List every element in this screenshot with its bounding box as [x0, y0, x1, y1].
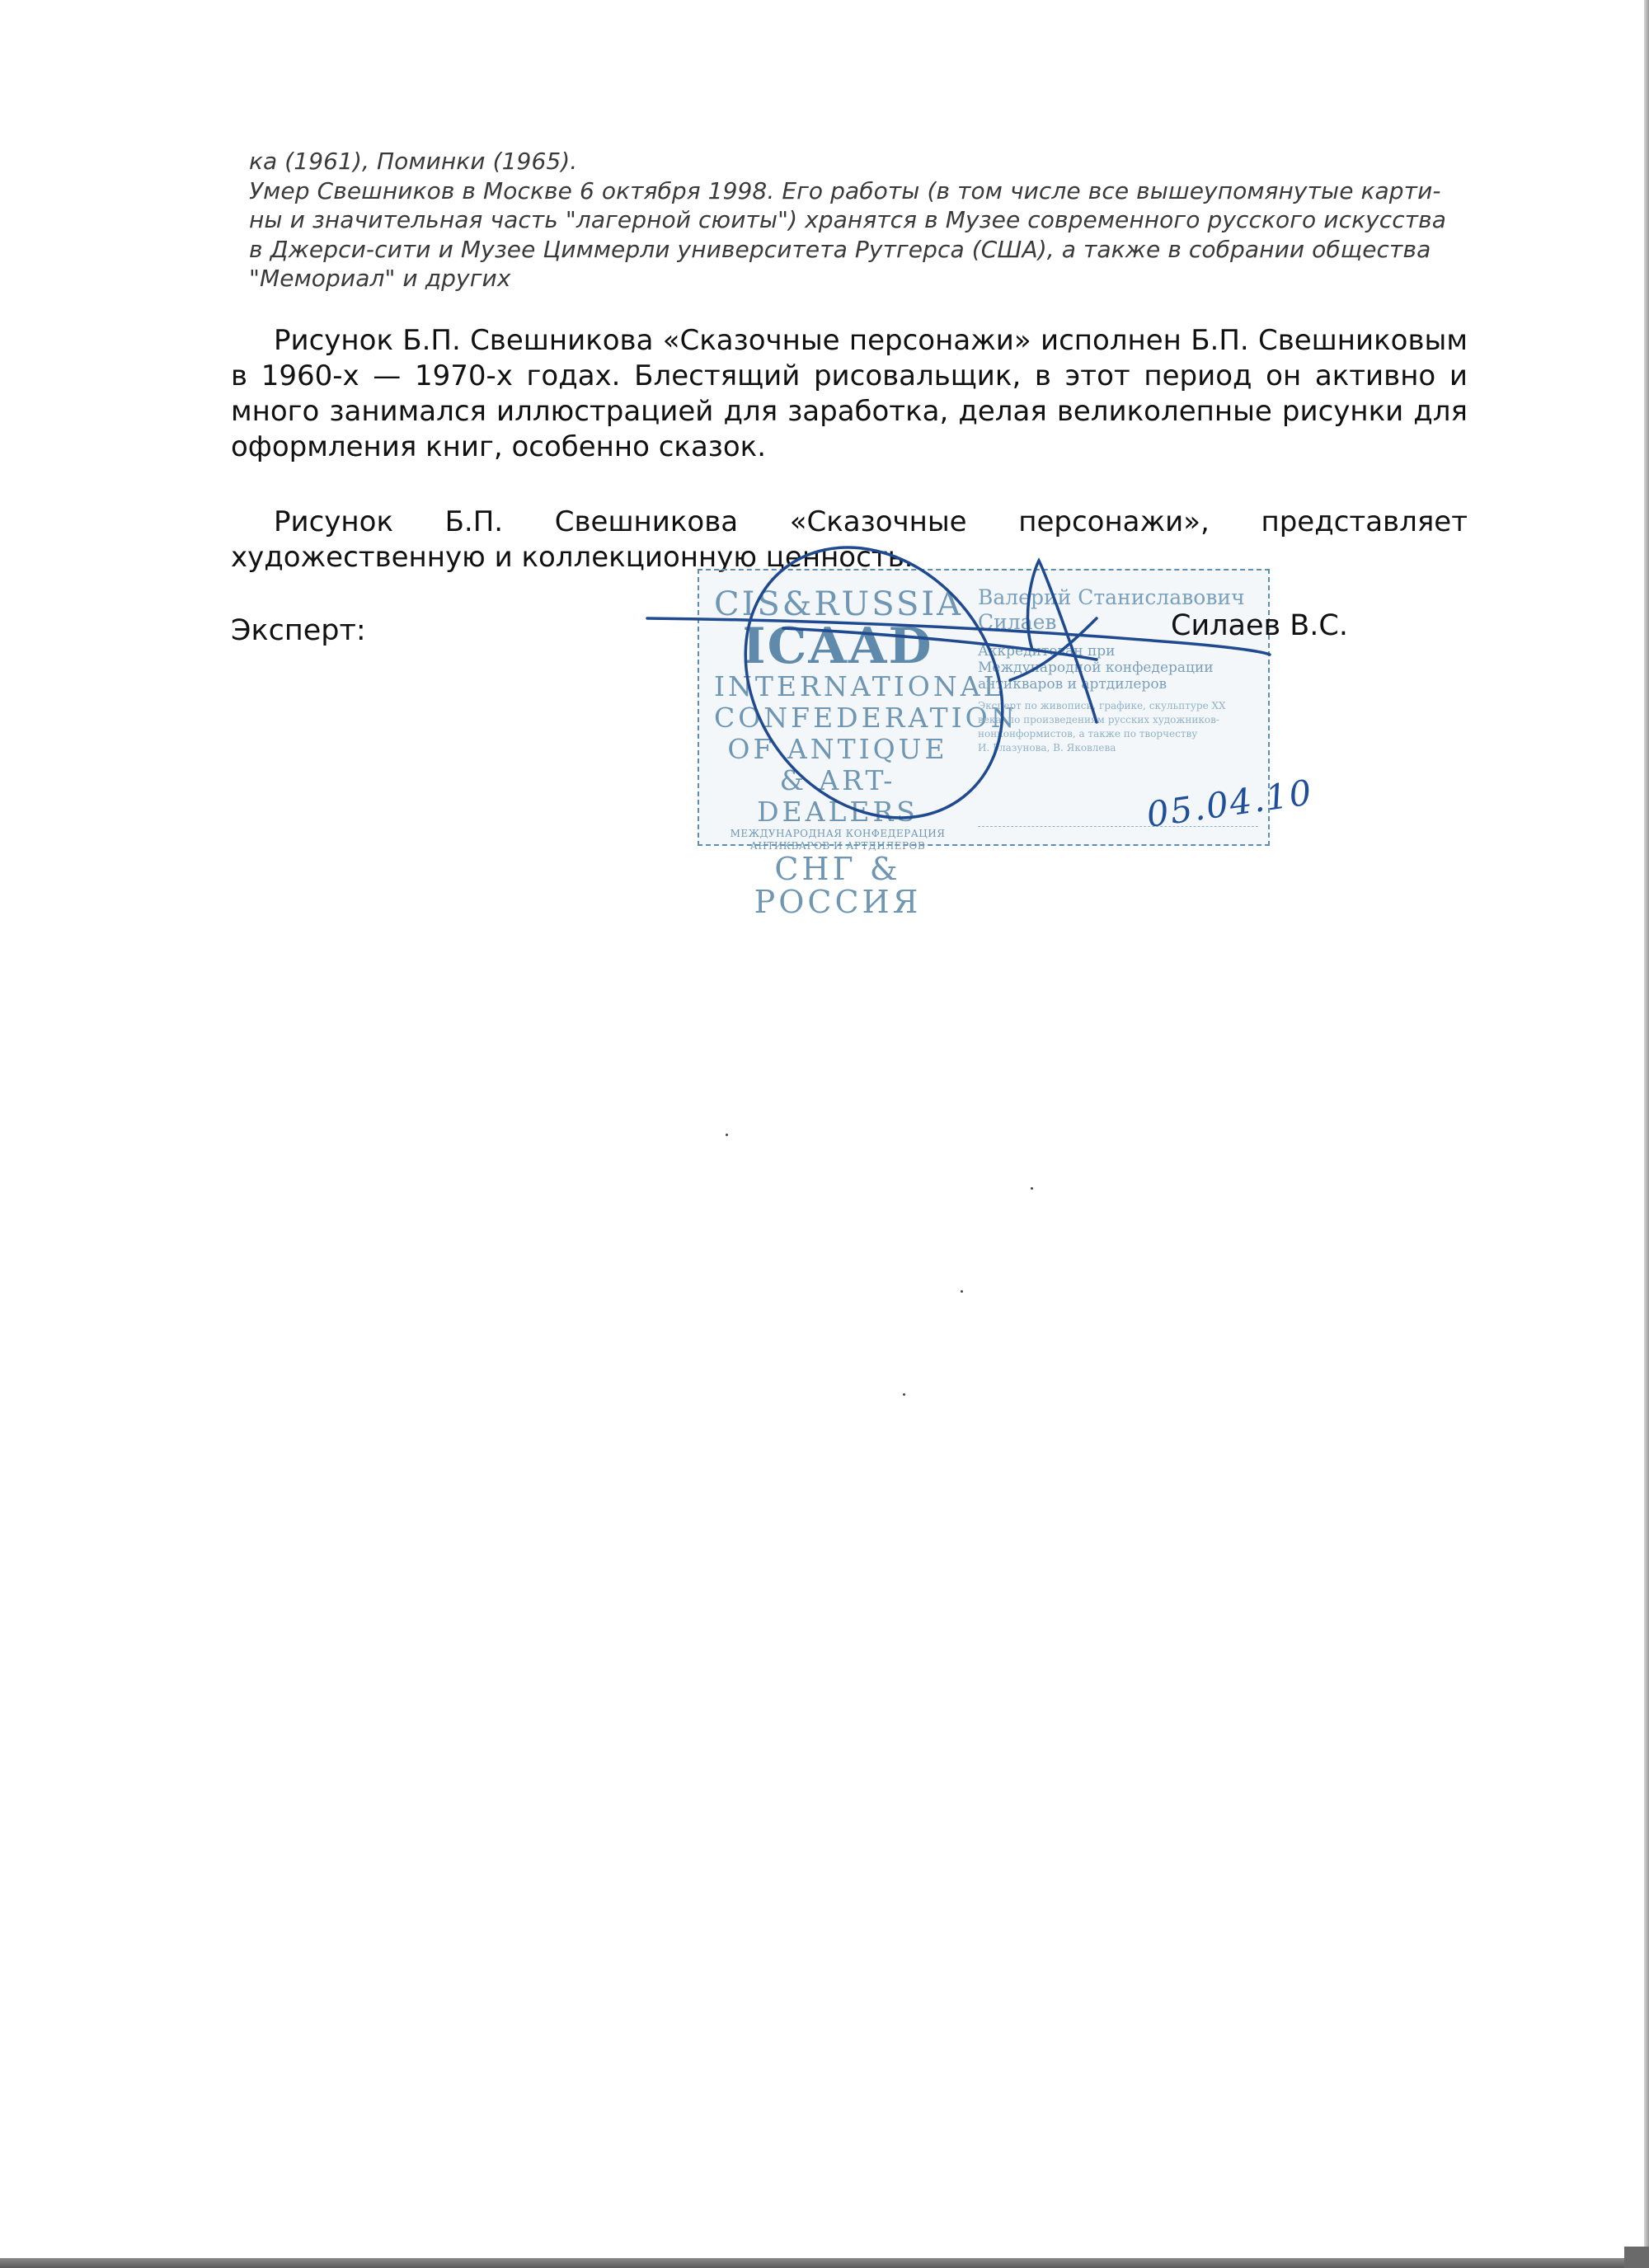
- scan-border-bottom: [0, 2258, 1649, 2268]
- stamp-organization-block: CIS&RUSSIA ICAAD INTERNATIONAL CONFEDERA…: [714, 587, 961, 918]
- stamp-line: СНГ & РОССИЯ: [714, 852, 961, 918]
- stamp-fine-line: И. Глазунова, В. Яковлева: [978, 741, 1258, 755]
- stamp-holder-name: Валерий Станиславович: [978, 585, 1258, 610]
- document-page: ка (1961), Поминки (1965). Умер Свешнико…: [0, 0, 1649, 2268]
- stamp-line: CIS&RUSSIA: [714, 587, 961, 622]
- expert-label: Эксперт:: [231, 613, 366, 649]
- stamp-accreditation: Аккредитован при Международной конфедера…: [978, 643, 1258, 693]
- stamp-accreditation-line: Аккредитован при: [978, 643, 1258, 660]
- scan-speck: [903, 1393, 905, 1396]
- bio-line: ны и значительная часть "лагерной сюиты"…: [249, 205, 1461, 235]
- stamp-logo-text: ICAAD: [714, 622, 961, 671]
- stamp-line: МЕЖДУНАРОДНАЯ КОНФЕДЕРАЦИЯ: [714, 828, 961, 840]
- biography-block: ка (1961), Поминки (1965). Умер Свешнико…: [249, 147, 1461, 293]
- paragraph-description: Рисунок Б.П. Свешникова «Сказочные персо…: [231, 323, 1468, 465]
- scan-speck: [961, 1290, 963, 1293]
- paragraph-conclusion: Рисунок Б.П. Свешникова «Сказочные персо…: [231, 505, 1468, 575]
- expert-name: Силаев В.С.: [1171, 608, 1348, 644]
- paragraph-text: Рисунок Б.П. Свешникова «Сказочные персо…: [231, 505, 1468, 574]
- stamp-line: CONFEDERATION: [714, 702, 961, 734]
- stamp-line: OF ANTIQUE: [714, 734, 961, 765]
- bio-line: "Мемориал" и других: [249, 264, 1461, 293]
- bio-line: ка (1961), Поминки (1965).: [249, 147, 1461, 176]
- bio-line: в Джерси-сити и Музее Циммерли университ…: [249, 235, 1461, 265]
- scan-border-right: [1644, 0, 1649, 2268]
- stamp-fine-line: века, по произведениям русских художнико…: [978, 713, 1258, 727]
- stamp-accreditation-line: Международной конфедерации: [978, 660, 1258, 676]
- stamp-fine-print: Эксперт по живописи, графике, скульптуре…: [978, 699, 1258, 755]
- stamp-line: & ART-DEALERS: [714, 765, 961, 828]
- scan-border-corner: [1624, 2247, 1649, 2268]
- bio-line: Умер Свешников в Москве 6 октября 1998. …: [249, 176, 1461, 206]
- stamp-fine-line: Эксперт по живописи, графике, скульптуре…: [978, 699, 1258, 713]
- stamp-fine-line: нонконформистов, а также по творчеству: [978, 727, 1258, 741]
- paragraph-text: Рисунок Б.П. Свешникова «Сказочные персо…: [231, 324, 1468, 463]
- stamp-accreditation-line: антикваров и артдилеров: [978, 676, 1258, 693]
- stamp-underline: [978, 826, 1258, 827]
- scan-speck: [1031, 1187, 1033, 1190]
- stamp-line: INTERNATIONAL: [714, 671, 961, 702]
- scan-speck: [726, 1134, 728, 1136]
